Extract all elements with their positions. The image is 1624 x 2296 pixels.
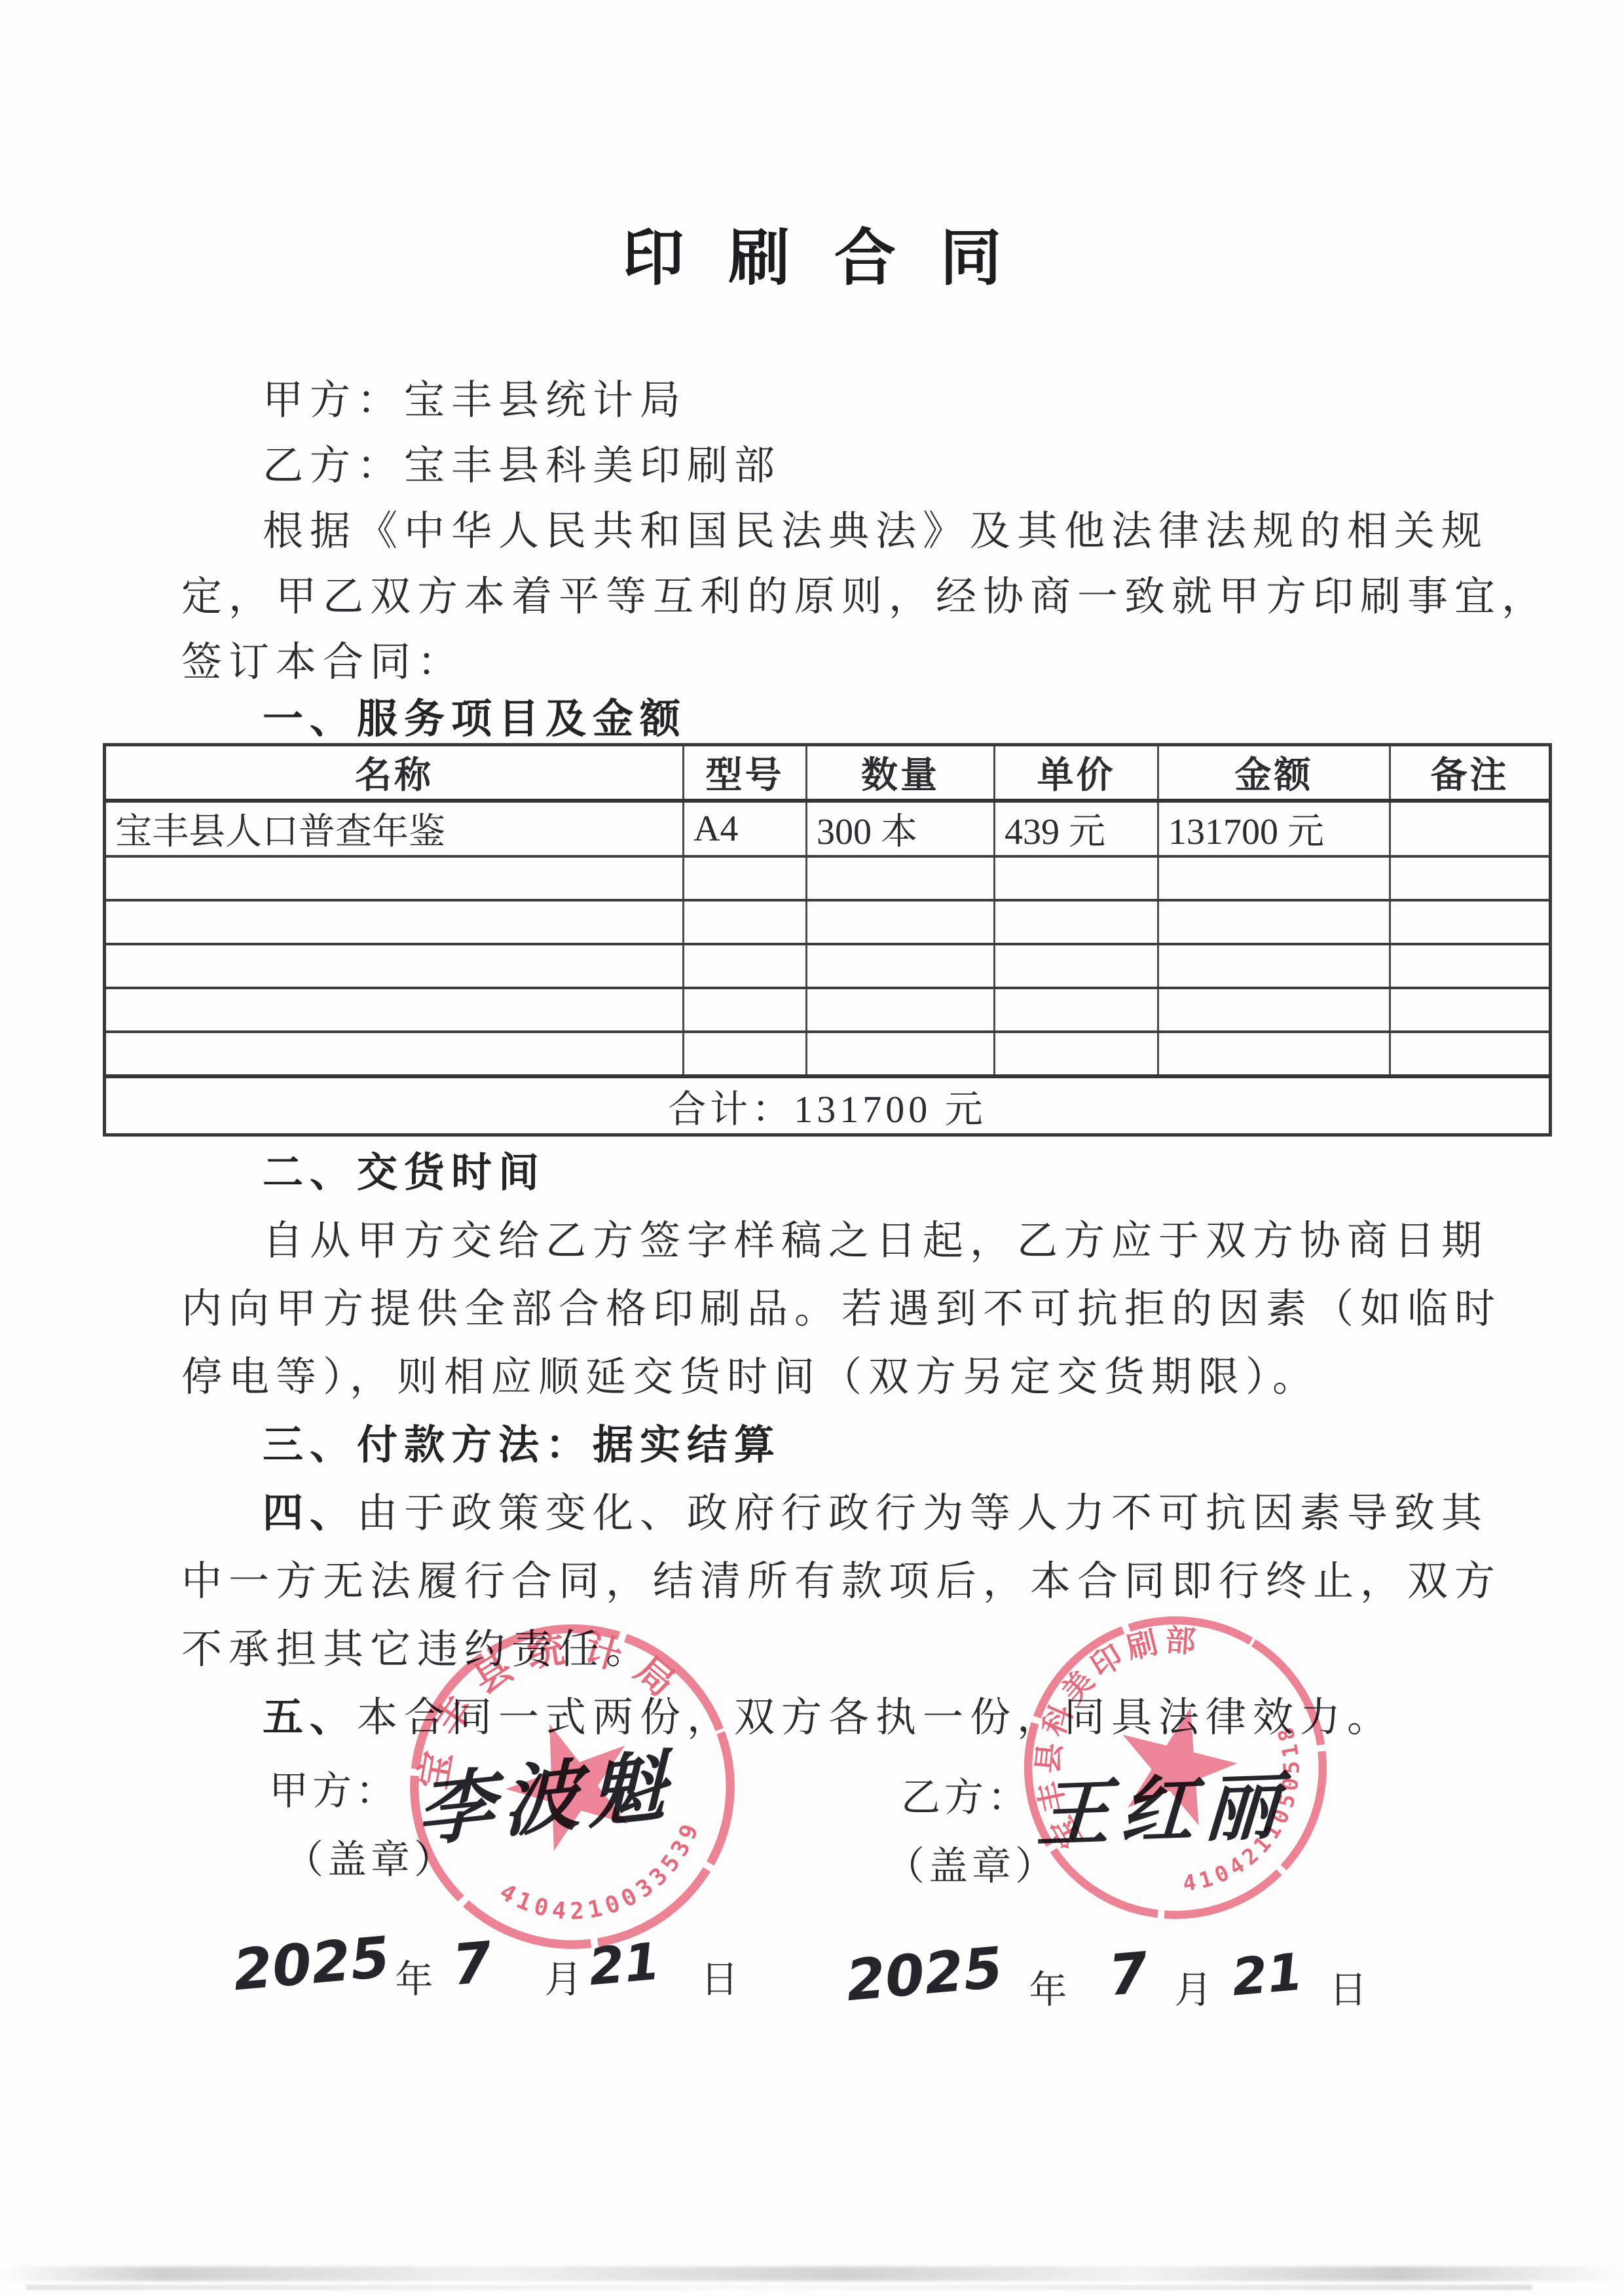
party-a-label: 甲方： xyxy=(263,378,404,423)
section-four-number: 四、 xyxy=(263,1491,357,1536)
party-b-day-unit: 日 xyxy=(1329,1942,1369,2014)
col-header-quantity: 数量 xyxy=(807,745,995,801)
cell-item-unit-price: 439 元 xyxy=(995,801,1158,856)
section-two-heading: 二、交货时间 xyxy=(181,1139,1550,1207)
party-b-label: 乙方： xyxy=(263,444,404,488)
scan-artifact-streak xyxy=(0,2267,1624,2281)
cell-item-remarks xyxy=(1390,801,1551,856)
section-one-heading: 一、服务项目及金额 xyxy=(263,686,687,744)
document-title: 印刷合同 xyxy=(0,208,1624,297)
section-two-line-2: 内向甲方提供全部合格印刷品。若遇到不可抗拒的因素（如临时 xyxy=(181,1275,1550,1343)
party-a-sign-label: 甲方： xyxy=(269,1760,399,1816)
service-items-table: 名称 型号 数量 单价 金额 备注 宝丰县人口普查年鉴 A4 300 本 439… xyxy=(103,743,1552,1137)
party-a-date-year: 2025 xyxy=(231,1925,392,2003)
party-b-date: 2025 年 7 月 21 日 xyxy=(846,1942,1369,2014)
preamble-line-2: 定，甲乙双方本着平等互利的原则，经协商一致就甲方印刷事宜， xyxy=(181,564,1550,630)
col-header-model: 型号 xyxy=(684,745,807,801)
scan-artifact-streak-faint xyxy=(26,2285,1532,2290)
party-a-name: 宝丰县统计局 xyxy=(404,378,687,423)
cell-item-quantity: 300 本 xyxy=(807,801,995,856)
cell-item-amount: 131700 元 xyxy=(1158,801,1390,856)
stamp-a-star-icon xyxy=(490,1702,650,1859)
section-two-line-1: 自从甲方交给乙方签字样稿之日起，乙方应于双方协商日期 xyxy=(181,1207,1550,1275)
party-a-year-unit: 年 xyxy=(395,1931,434,2003)
table-total-row: 合计：131700 元 xyxy=(105,1076,1551,1135)
contract-page: 印刷合同 甲方：宝丰县统计局 乙方：宝丰县科美印刷部 根据《中华人民共和国民法典… xyxy=(0,0,1624,2296)
section-three-heading: 三、付款方法：据实结算 xyxy=(181,1412,1550,1480)
section-two-line-3: 停电等），则相应顺延交货时间（双方另定交货期限）。 xyxy=(181,1343,1550,1412)
party-b-year-unit: 年 xyxy=(1029,1942,1068,2014)
intro-block: 甲方：宝丰县统计局 乙方：宝丰县科美印刷部 根据《中华人民共和国民法典法》及其他… xyxy=(181,368,1550,695)
table-data-row: 宝丰县人口普查年鉴 A4 300 本 439 元 131700 元 xyxy=(105,801,1551,856)
section-five-number: 五、 xyxy=(263,1695,357,1740)
clauses-block: 二、交货时间 自从甲方交给乙方签字样稿之日起，乙方应于双方协商日期 内向甲方提供… xyxy=(181,1139,1550,1752)
section-four-text-1: 由于政策变化、政府行政行为等人力不可抗因素导致其 xyxy=(357,1491,1488,1536)
party-b-name: 宝丰县科美印刷部 xyxy=(404,444,781,488)
cell-item-name: 宝丰县人口普查年鉴 xyxy=(105,801,684,856)
col-header-remarks: 备注 xyxy=(1390,745,1551,801)
table-empty-row xyxy=(105,988,1551,1032)
party-a-line: 甲方：宝丰县统计局 xyxy=(181,368,1550,433)
party-b-date-month: 7 xyxy=(1106,1941,1151,2009)
stamp-b-star-icon xyxy=(1091,1685,1249,1845)
col-header-amount: 金额 xyxy=(1158,745,1390,801)
cell-item-model: A4 xyxy=(684,801,807,856)
party-a-day-unit: 日 xyxy=(701,1931,740,2003)
table-empty-row xyxy=(105,944,1551,988)
col-header-unit-price: 单价 xyxy=(995,745,1158,801)
section-four-line-2: 中一方无法履行合同，结清所有款项后，本合同即行终止，双方 xyxy=(181,1548,1550,1616)
table-empty-row xyxy=(105,1032,1551,1076)
table-empty-row xyxy=(105,900,1551,944)
section-four-line-1: 四、由于政策变化、政府行政行为等人力不可抗因素导致其 xyxy=(181,1480,1550,1548)
preamble-line-3: 签订本合同： xyxy=(181,630,1550,695)
table-empty-row xyxy=(105,856,1551,900)
col-header-name: 名称 xyxy=(105,745,684,801)
table-header-row: 名称 型号 数量 单价 金额 备注 xyxy=(105,745,1551,801)
party-b-line: 乙方：宝丰县科美印刷部 xyxy=(181,433,1550,499)
party-b-date-year: 2025 xyxy=(843,1935,1005,2014)
cell-total: 合计：131700 元 xyxy=(105,1076,1551,1135)
preamble-line-1: 根据《中华人民共和国民法典法》及其他法律法规的相关规 xyxy=(181,499,1550,564)
